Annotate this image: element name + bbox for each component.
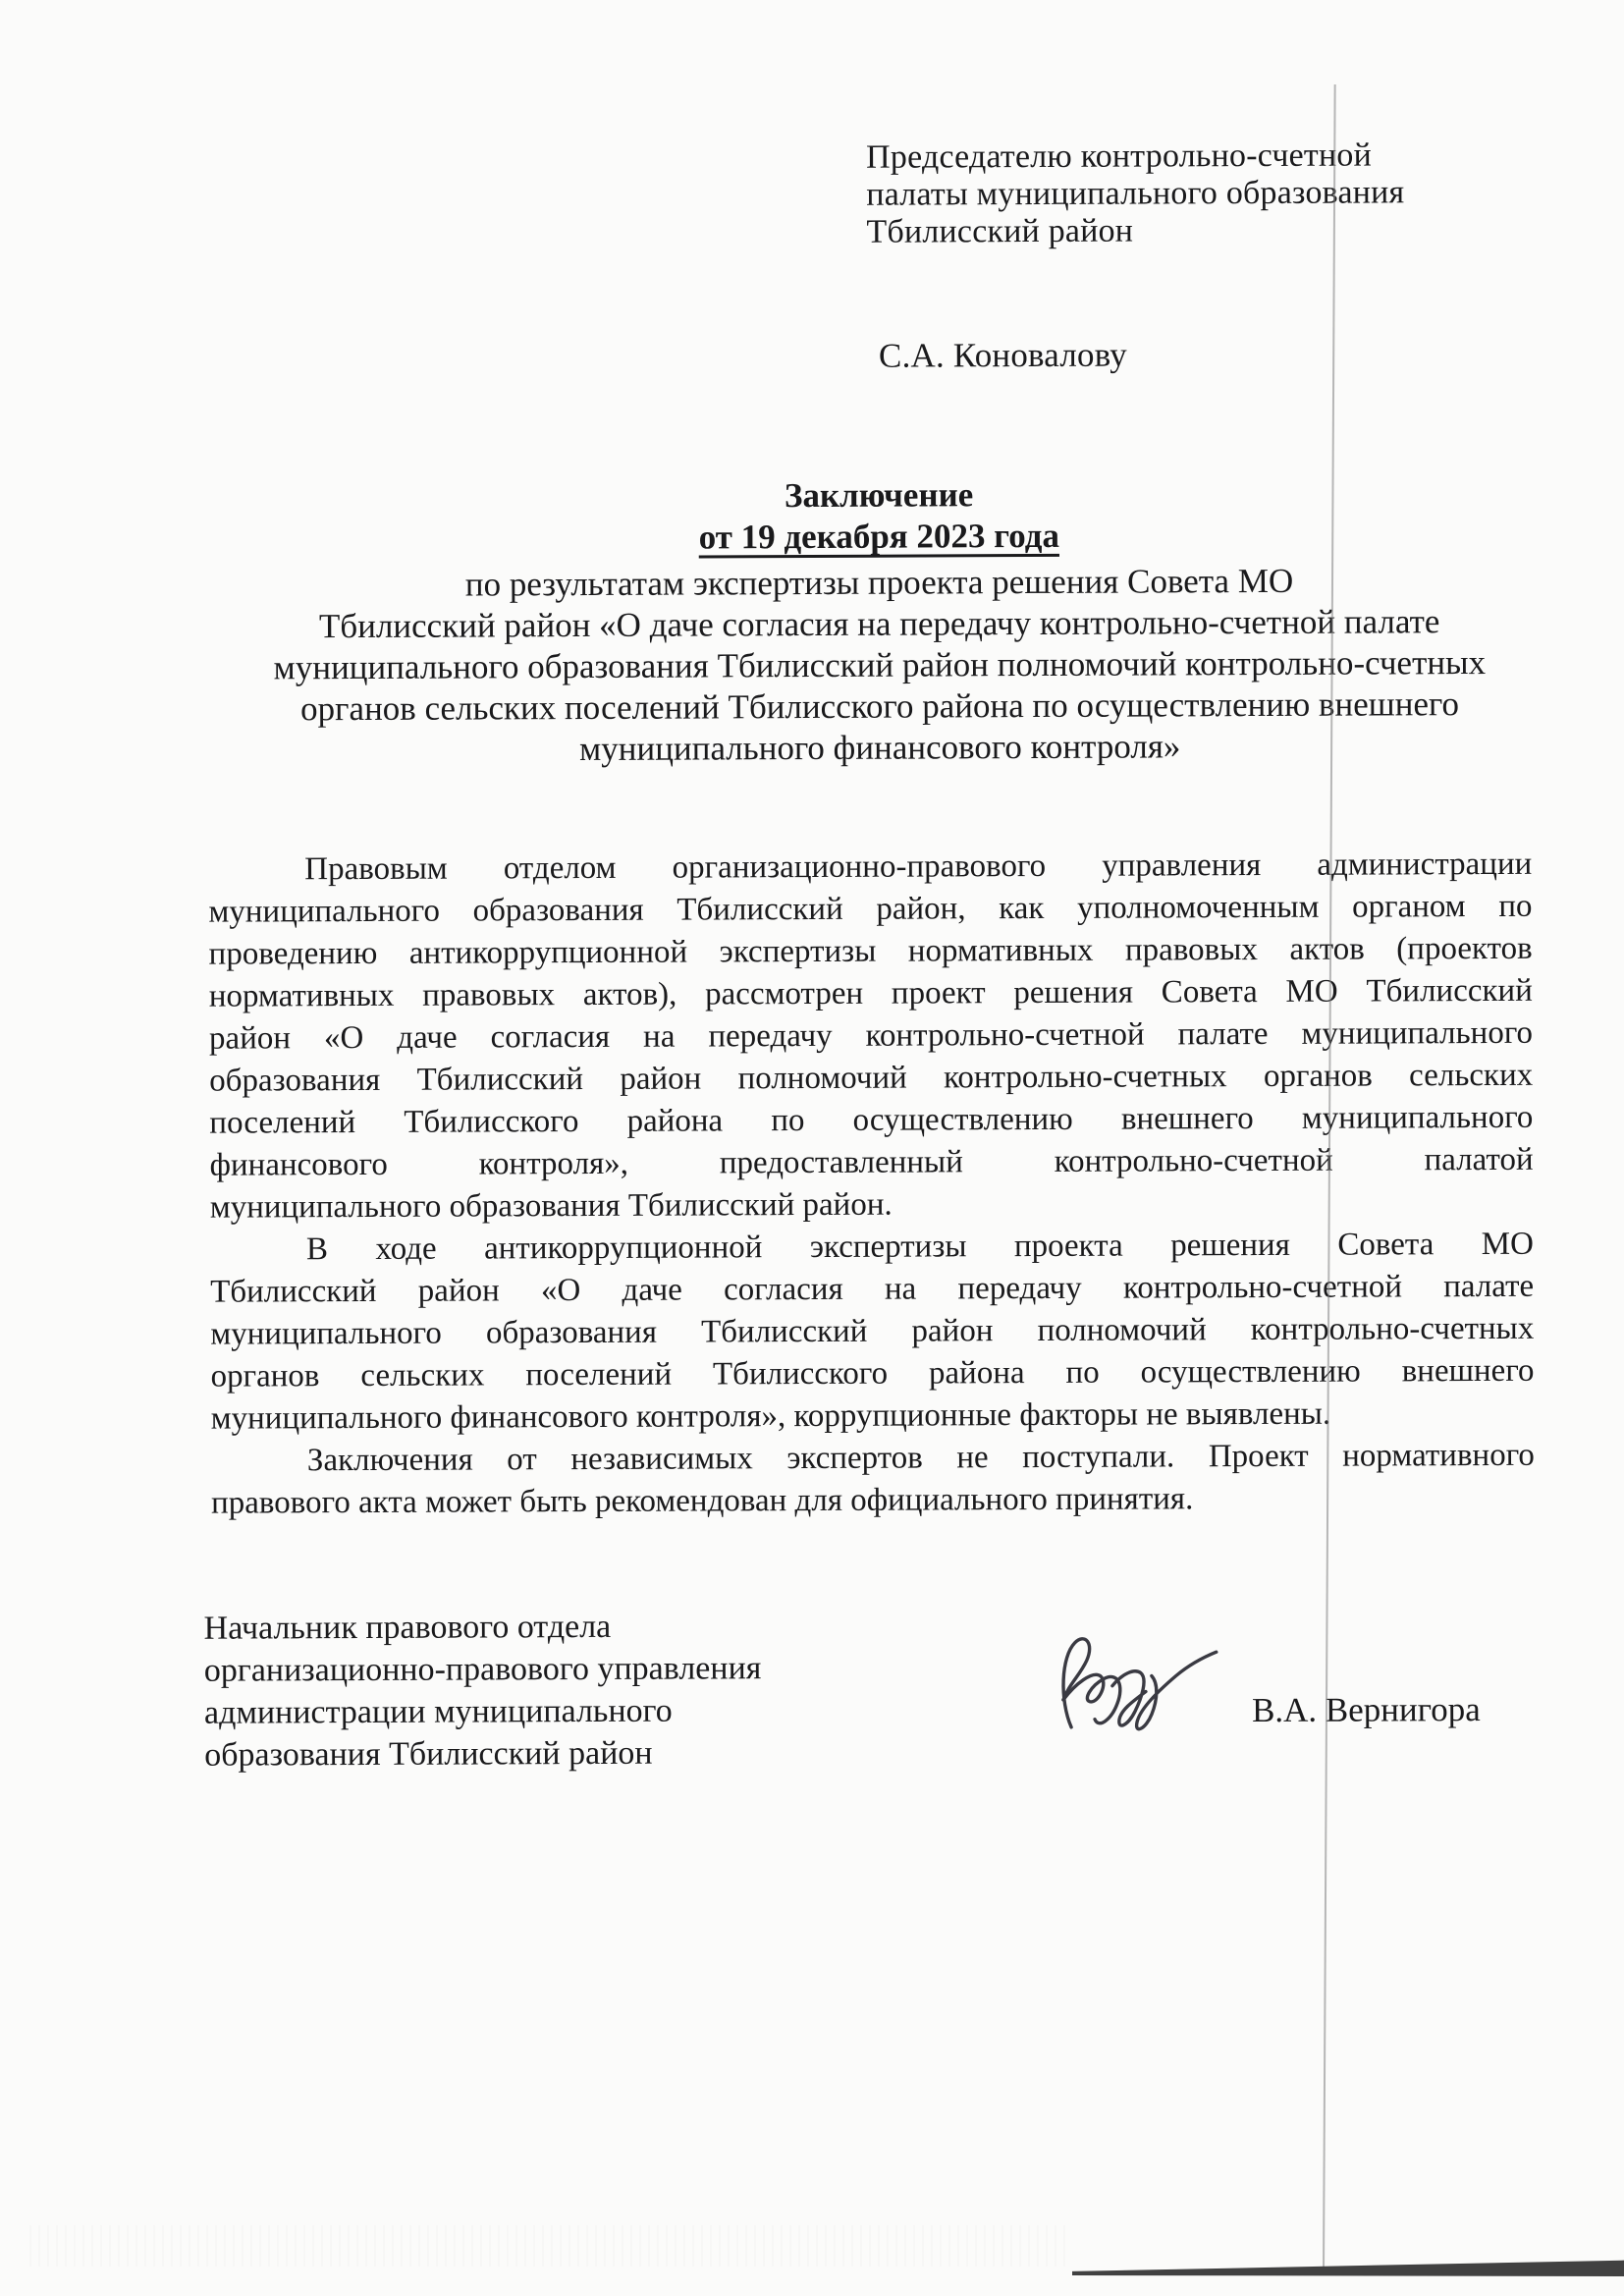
text-line: Тбилисский район «О даче согласия на пер… <box>248 601 1510 648</box>
spacer <box>866 137 1456 295</box>
text-line: Тбилисский район «О даче согласия на пер… <box>210 1266 1534 1314</box>
text-line: финансового контроля», предоставленный к… <box>209 1139 1533 1187</box>
text-line: Правовым отделом организационно-правовог… <box>208 844 1532 892</box>
text-line: муниципального образования Тбилисский ра… <box>248 642 1510 689</box>
text-line: муниципального финансового контроля» <box>249 725 1511 772</box>
text-line: администрации муниципального <box>204 1688 950 1733</box>
signatory-name: В.А. Вернигора <box>1252 1690 1481 1730</box>
signatory-position-block: Начальник правового отделаорганизационно… <box>204 1604 951 1776</box>
addressee-name: С.А. Коновалову <box>867 335 1456 375</box>
text-line: Заключения от независимых экспертов не п… <box>211 1435 1535 1483</box>
scan-noise-artifact <box>29 2225 1070 2267</box>
document-content: Председателю контрольно-счетнойпалаты му… <box>0 0 1624 2296</box>
scanned-document-page: Председателю контрольно-счетнойпалаты му… <box>0 0 1624 2296</box>
text-line: образования Тбилисский район полномочий … <box>209 1055 1533 1103</box>
document-title: Заключение <box>248 472 1510 519</box>
text-line: органов сельских поселений Тбилисского р… <box>210 1350 1534 1398</box>
text-line: проведению антикоррупционной экспертизы … <box>209 928 1533 976</box>
text-line: район «О даче согласия на передачу контр… <box>209 1012 1533 1061</box>
text-line: поселений Тбилисского района по осуществ… <box>209 1097 1533 1145</box>
text-line: муниципального финансового контроля», ко… <box>211 1393 1535 1441</box>
document-subtitle: по результатам экспертизы проекта решени… <box>248 560 1511 772</box>
text-line: муниципального образования Тбилисский ра… <box>210 1181 1534 1230</box>
text-line: муниципального образования Тбилисский ра… <box>208 886 1532 934</box>
text-line: организационно-правового управления <box>204 1646 950 1691</box>
text-line: нормативных правовых актов), рассмотрен … <box>209 970 1533 1018</box>
body-paragraph-1: Правовым отделом организационно-правовог… <box>208 844 1534 1230</box>
text-line: муниципального образования Тбилисский ра… <box>210 1308 1534 1356</box>
text-line: образования Тбилисский район <box>204 1730 950 1776</box>
addressee-block: С.А. Коновалову <box>866 137 1456 375</box>
text-line: правового акта может быть рекомендован д… <box>211 1477 1535 1525</box>
document-title-block: Заключение от 19 декабря 2023 года по ре… <box>248 472 1511 772</box>
body-paragraph-2: В ходе антикоррупционной экспертизы прое… <box>210 1224 1535 1441</box>
document-date-line: от 19 декабря 2023 года <box>248 514 1510 561</box>
text-line: Начальник правового отдела <box>204 1604 950 1649</box>
handwritten-signature <box>1042 1616 1249 1755</box>
body-paragraph-3: Заключения от независимых экспертов не п… <box>211 1435 1535 1525</box>
text-line: по результатам экспертизы проекта решени… <box>248 560 1510 607</box>
text-line: В ходе антикоррупционной экспертизы прое… <box>210 1224 1534 1272</box>
document-body: Правовым отделом организационно-правовог… <box>208 844 1535 1525</box>
text-line: органов сельских поселений Тбилисского р… <box>248 683 1510 731</box>
